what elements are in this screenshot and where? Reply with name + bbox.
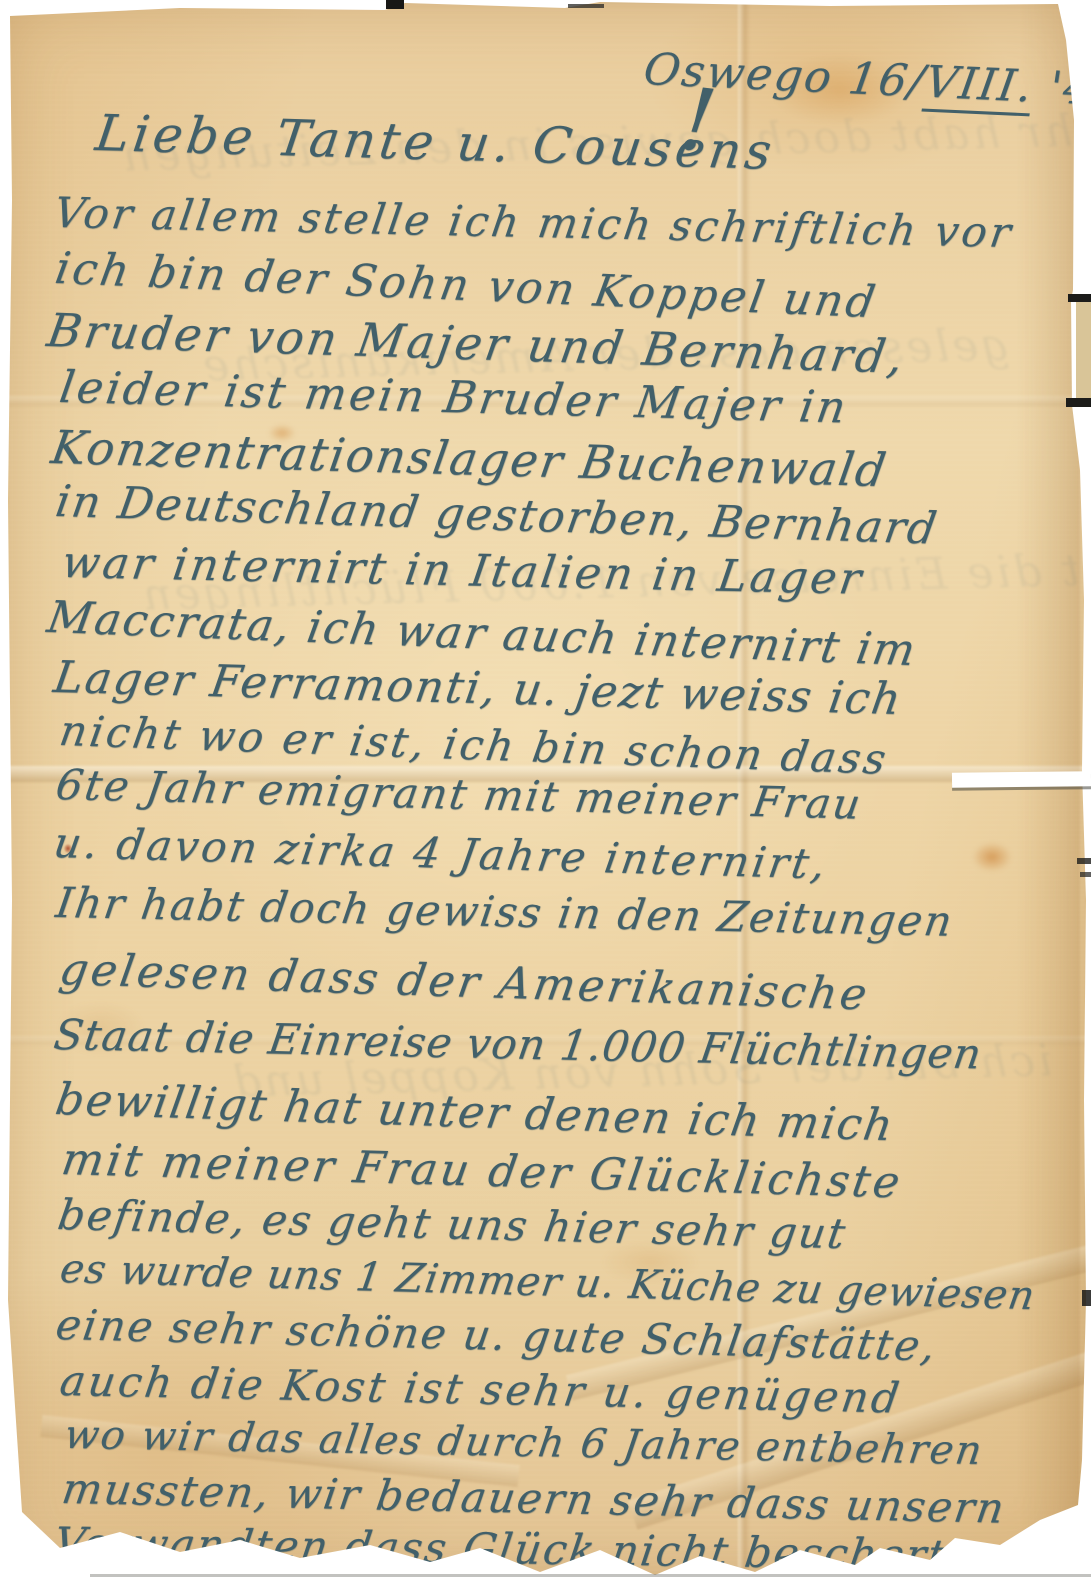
letter-line: u. davon zirka 4 Jahre internirt, — [51, 818, 832, 888]
age-stain — [972, 842, 1012, 872]
adjacent-page-sliver — [1076, 302, 1091, 398]
date-year: '44. — [1030, 62, 1091, 118]
letter-line: Vor allem stelle ich mich schriftlich vo… — [51, 188, 1017, 257]
letter-line: gelesen dass der Amerikanische — [56, 944, 873, 1020]
scanned-letter-page: Ihr habt doch gewiss in den Zeitungen ge… — [0, 0, 1091, 1581]
bottom-scan-edge-line — [90, 1574, 1091, 1577]
letter-paper-sheet: Ihr habt doch gewiss in den Zeitungen ge… — [0, 0, 1091, 1581]
date-month-underlined: VIII. — [921, 57, 1037, 117]
letter-line: Staat die Einreise von 1.000 Flüchtlinge… — [51, 1010, 985, 1078]
date-city: Oswego — [640, 44, 852, 104]
paper-fold-tear — [952, 771, 1091, 787]
right-edge-shading — [1020, 0, 1080, 1581]
date-day: 16/ — [845, 53, 929, 107]
